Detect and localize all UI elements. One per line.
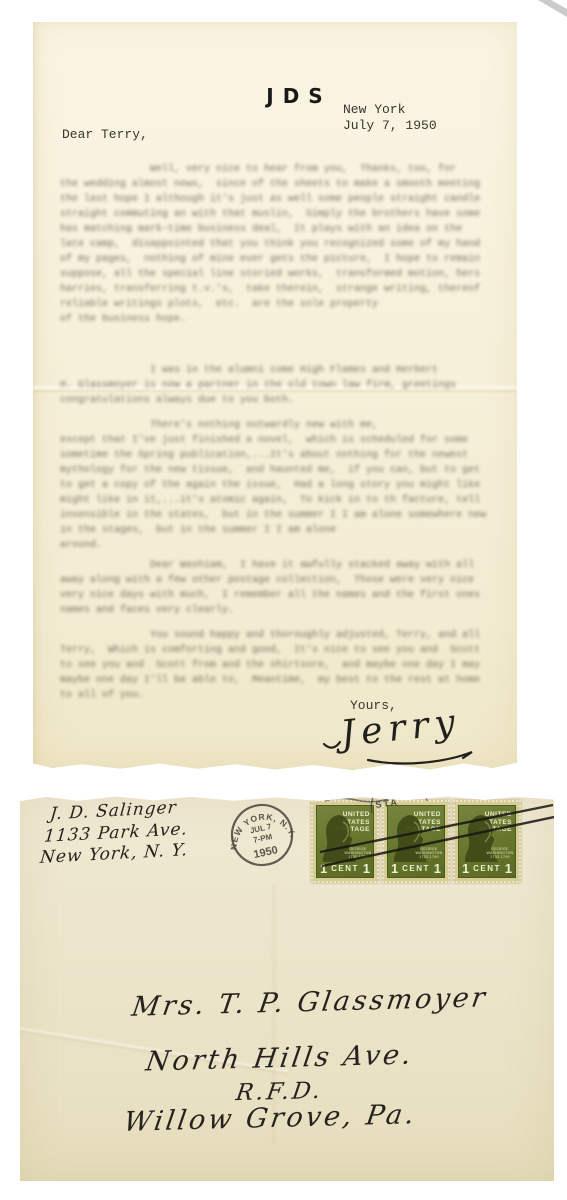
postmark-stamp: NEW YORK, N.Y. JUL 7 7-PM 1950 [215,789,309,882]
salutation: Dear Terry, [62,127,148,142]
stamp-row: UNITED STATES POSTAGE GEORGE WASHINGTON … [311,800,521,883]
postmark-year: 1950 [253,844,279,861]
stamp-caption: GEORGE WASHINGTON 1732-1799 [484,847,516,859]
stamp-face: UNITED STATES POSTAGE GEORGE WASHINGTON … [458,805,516,878]
letter-sheet: JDS New York July 7, 1950 Dear Terry, We… [33,22,517,771]
recipient-address-line: Willow Grove, Pa. [122,1099,419,1138]
blurred-paragraph-2: I was in the alumni come High Flames and… [60,363,510,408]
letterhead-monogram: JDS [249,84,349,108]
stamp-face: UNITED STATES POSTAGE GEORGE WASHINGTON … [387,805,445,878]
stamp-value-word: CENT [473,864,501,873]
stamp-caption-line: 1732-1799 [413,855,445,859]
blurred-paragraph-5: You sound happy and thoroughly adjusted,… [60,628,510,703]
stamp-caption-line: 1732-1799 [484,855,516,859]
stamp-value-word: CENT [402,864,430,873]
signature-underline-flourish [368,752,472,763]
stamp-value-right: 1 [434,861,441,876]
blurred-paragraph-4: Dear Washiam, I have it awfully stacked … [60,558,510,618]
blurred-paragraph-3: There's nothing outwardly new with me, e… [60,418,510,553]
stamp-value-word: CENT [331,864,359,873]
date-block: New York July 7, 1950 [343,102,437,134]
blurred-paragraph-1: Well, very nice to hear from you, Thanks… [60,162,510,327]
signature-text: Jerry [332,702,463,756]
page-corner-fold-artifact [538,0,567,18]
stamp-value-left: 1 [391,861,398,876]
stamp-value-left: 1 [320,861,327,876]
stamp-denomination: 1 CENT 1 [320,861,370,876]
stamp-caption-line: 1732-1799 [342,855,374,859]
stamp-face: UNITED STATES POSTAGE GEORGE WASHINGTON … [316,805,374,878]
stamp-denomination: 1 CENT 1 [391,861,441,876]
envelope: J. D. Salinger 1133 Park Ave. New York, … [20,795,554,1181]
stamp-caption: GEORGE WASHINGTON 1732-1799 [413,847,445,859]
postage-stamp-3: UNITED STATES POSTAGE GEORGE WASHINGTON … [453,800,521,883]
handwritten-signature: Jerry [316,700,491,772]
letter-place: New York [343,102,437,118]
letter-date: July 7, 1950 [343,118,437,134]
stamp-value-right: 1 [505,861,512,876]
stamp-denomination: 1 CENT 1 [462,861,512,876]
stamp-value-left: 1 [462,861,469,876]
postage-stamp-1: UNITED STATES POSTAGE GEORGE WASHINGTON … [311,800,379,883]
postage-stamp-2: UNITED STATES POSTAGE GEORGE WASHINGTON … [382,800,450,883]
scanned-letter-and-envelope: JDS New York July 7, 1950 Dear Terry, We… [0,0,567,1200]
recipient-address-line: Mrs. T. P. Glassmoyer [130,982,490,1022]
stamp-value-right: 1 [363,861,370,876]
stamp-caption: GEORGE WASHINGTON 1732-1799 [342,847,374,859]
signature-lead-in-stroke [324,742,340,748]
recipient-address-line: North Hills Ave. [144,1039,416,1077]
